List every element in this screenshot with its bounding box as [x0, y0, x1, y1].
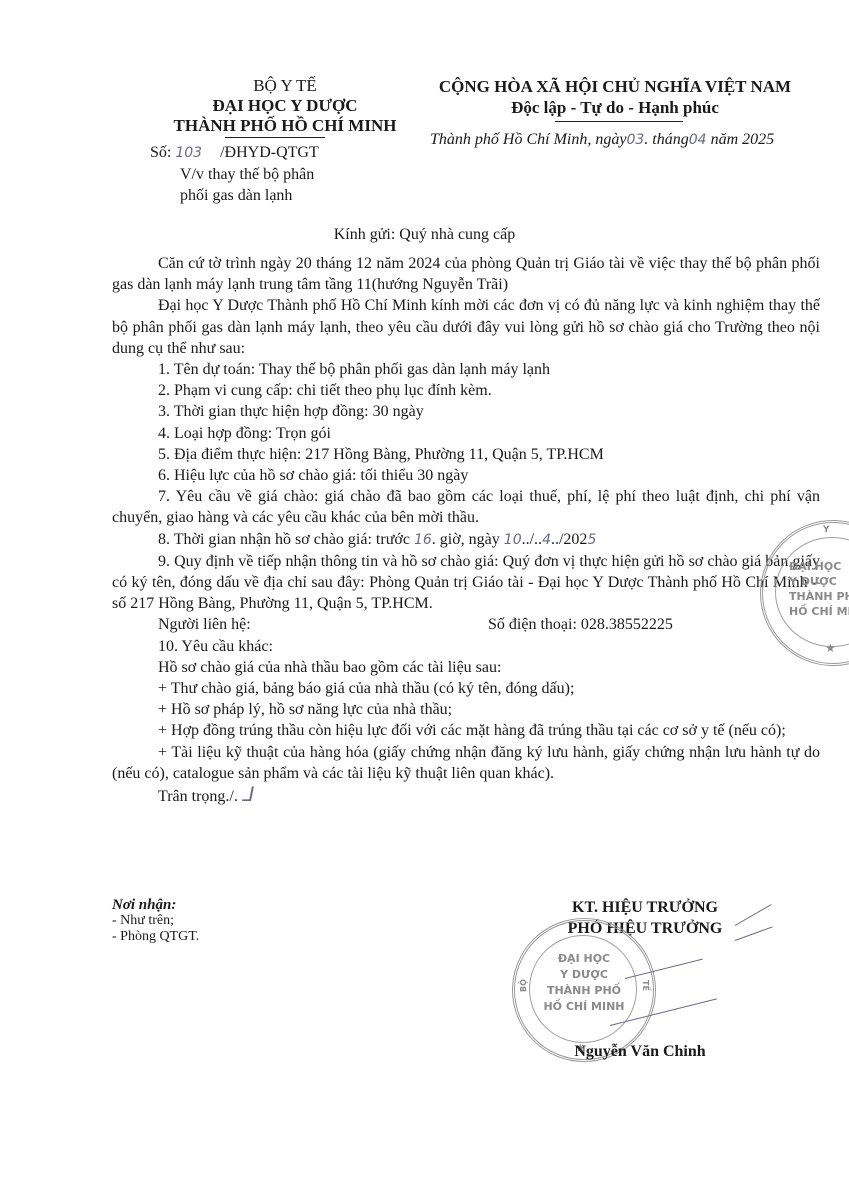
phone-number: Số điện thoại: 028.38552225: [442, 614, 673, 635]
university-name-line1: ĐẠI HỌC Y DƯỢC: [140, 96, 430, 116]
handwritten-hour: 16: [414, 532, 432, 548]
list-item: 1. Tên dự toán: Thay thế bộ phân phối ga…: [112, 359, 820, 380]
national-header: CỘNG HÒA XÃ HỘI CHỦ NGHĨA VIỆT NAM Độc l…: [425, 76, 805, 118]
recipients-block: Nơi nhận: - Như trên; - Phòng QTGT.: [112, 897, 199, 945]
date-line: Thành phố Hồ Chí Minh, ngày03. tháng04 n…: [430, 131, 774, 149]
document-requirement: + Hồ sơ pháp lý, hồ sơ năng lực của nhà …: [112, 699, 820, 720]
ministry-name: BỘ Y TẾ: [140, 76, 430, 96]
documents-intro: Hồ sơ chào giá của nhà thầu bao gồm các …: [112, 657, 820, 678]
closing: Trân trọng./. ⅃: [112, 784, 820, 807]
subject-block: V/v thay thế bộ phân phối gas dàn lạnh: [180, 164, 314, 206]
list-item-deadline: 8. Thời gian nhận hồ sơ chào giá: trước …: [112, 529, 820, 551]
list-item: 4. Loại hợp đồng: Trọn gói: [112, 423, 820, 444]
list-item: 6. Hiệu lực của hồ sơ chào giá: tối thiể…: [112, 465, 820, 486]
document-requirement: + Hợp đồng trúng thầu còn hiệu lực đối v…: [112, 720, 820, 741]
list-item: 5. Địa điểm thực hiện: 217 Hồng Bàng, Ph…: [112, 444, 820, 465]
subject-line2: phối gas dàn lạnh: [180, 185, 314, 206]
initial-mark: ⅃: [242, 782, 253, 806]
national-motto: Độc lập - Tự do - Hạnh phúc: [425, 97, 805, 118]
list-item: 3. Thời gian thực hiện hợp đồng: 30 ngày: [112, 401, 820, 422]
document-number: Số: 103 /ĐHYD-QTGT: [150, 144, 319, 162]
motto-underline: [555, 121, 683, 122]
handwritten-day: 03: [626, 132, 644, 148]
handwritten-number: 103: [175, 145, 202, 161]
issuer-block: BỘ Y TẾ ĐẠI HỌC Y DƯỢC THÀNH PHỐ HỒ CHÍ …: [140, 76, 430, 136]
issuer-underline: [225, 137, 325, 138]
recipients-title: Nơi nhận:: [112, 897, 199, 913]
paragraph-invitation: Đại học Y Dược Thành phố Hồ Chí Minh kín…: [112, 295, 820, 359]
signature-line1: KT. HIỆU TRƯỞNG: [520, 897, 770, 918]
list-item: 7. Yêu cầu về giá chào: giá chào đã bao …: [112, 486, 820, 528]
university-name-line2: THÀNH PHỐ HỒ CHÍ MINH: [140, 116, 430, 136]
handwritten-deadline-month: 4: [542, 532, 551, 548]
paragraph-basis: Căn cứ tờ trình ngày 20 tháng 12 năm 202…: [112, 253, 820, 295]
handwritten-year-digit: 5: [587, 532, 596, 548]
recipient-item: - Như trên;: [112, 913, 199, 929]
recipient-item: - Phòng QTGT.: [112, 929, 199, 945]
handwritten-deadline-day: 10: [504, 532, 522, 548]
document-requirement: + Thư chào giá, bảng báo giá của nhà thầ…: [112, 678, 820, 699]
list-item: 10. Yêu cầu khác:: [112, 636, 820, 657]
list-item: 2. Phạm vi cung cấp: chi tiết theo phụ l…: [112, 380, 820, 401]
official-seal: ĐẠI HỌC Y DƯỢC THÀNH PHỐ HỒ CHÍ MINH BỘ …: [512, 918, 656, 1062]
document-requirement: + Tài liệu kỹ thuật của hàng hóa (giấy c…: [112, 742, 820, 784]
contact-line: Người liên hệ: Số điện thoại: 028.385522…: [112, 614, 820, 635]
handwritten-month: 04: [689, 132, 707, 148]
list-item: 9. Quy định về tiếp nhận thông tin và hồ…: [112, 551, 820, 615]
contact-label: Người liên hệ:: [112, 614, 442, 635]
star-icon: ★: [825, 641, 836, 655]
signer-name: Nguyễn Văn Chinh: [540, 1043, 740, 1061]
letter-body: Căn cứ tờ trình ngày 20 tháng 12 năm 202…: [112, 253, 820, 807]
recipient-line: Kính gửi: Quý nhà cung cấp: [0, 226, 849, 244]
country-name: CỘNG HÒA XÃ HỘI CHỦ NGHĨA VIỆT NAM: [425, 76, 805, 97]
subject-line1: V/v thay thế bộ phân: [180, 164, 314, 185]
